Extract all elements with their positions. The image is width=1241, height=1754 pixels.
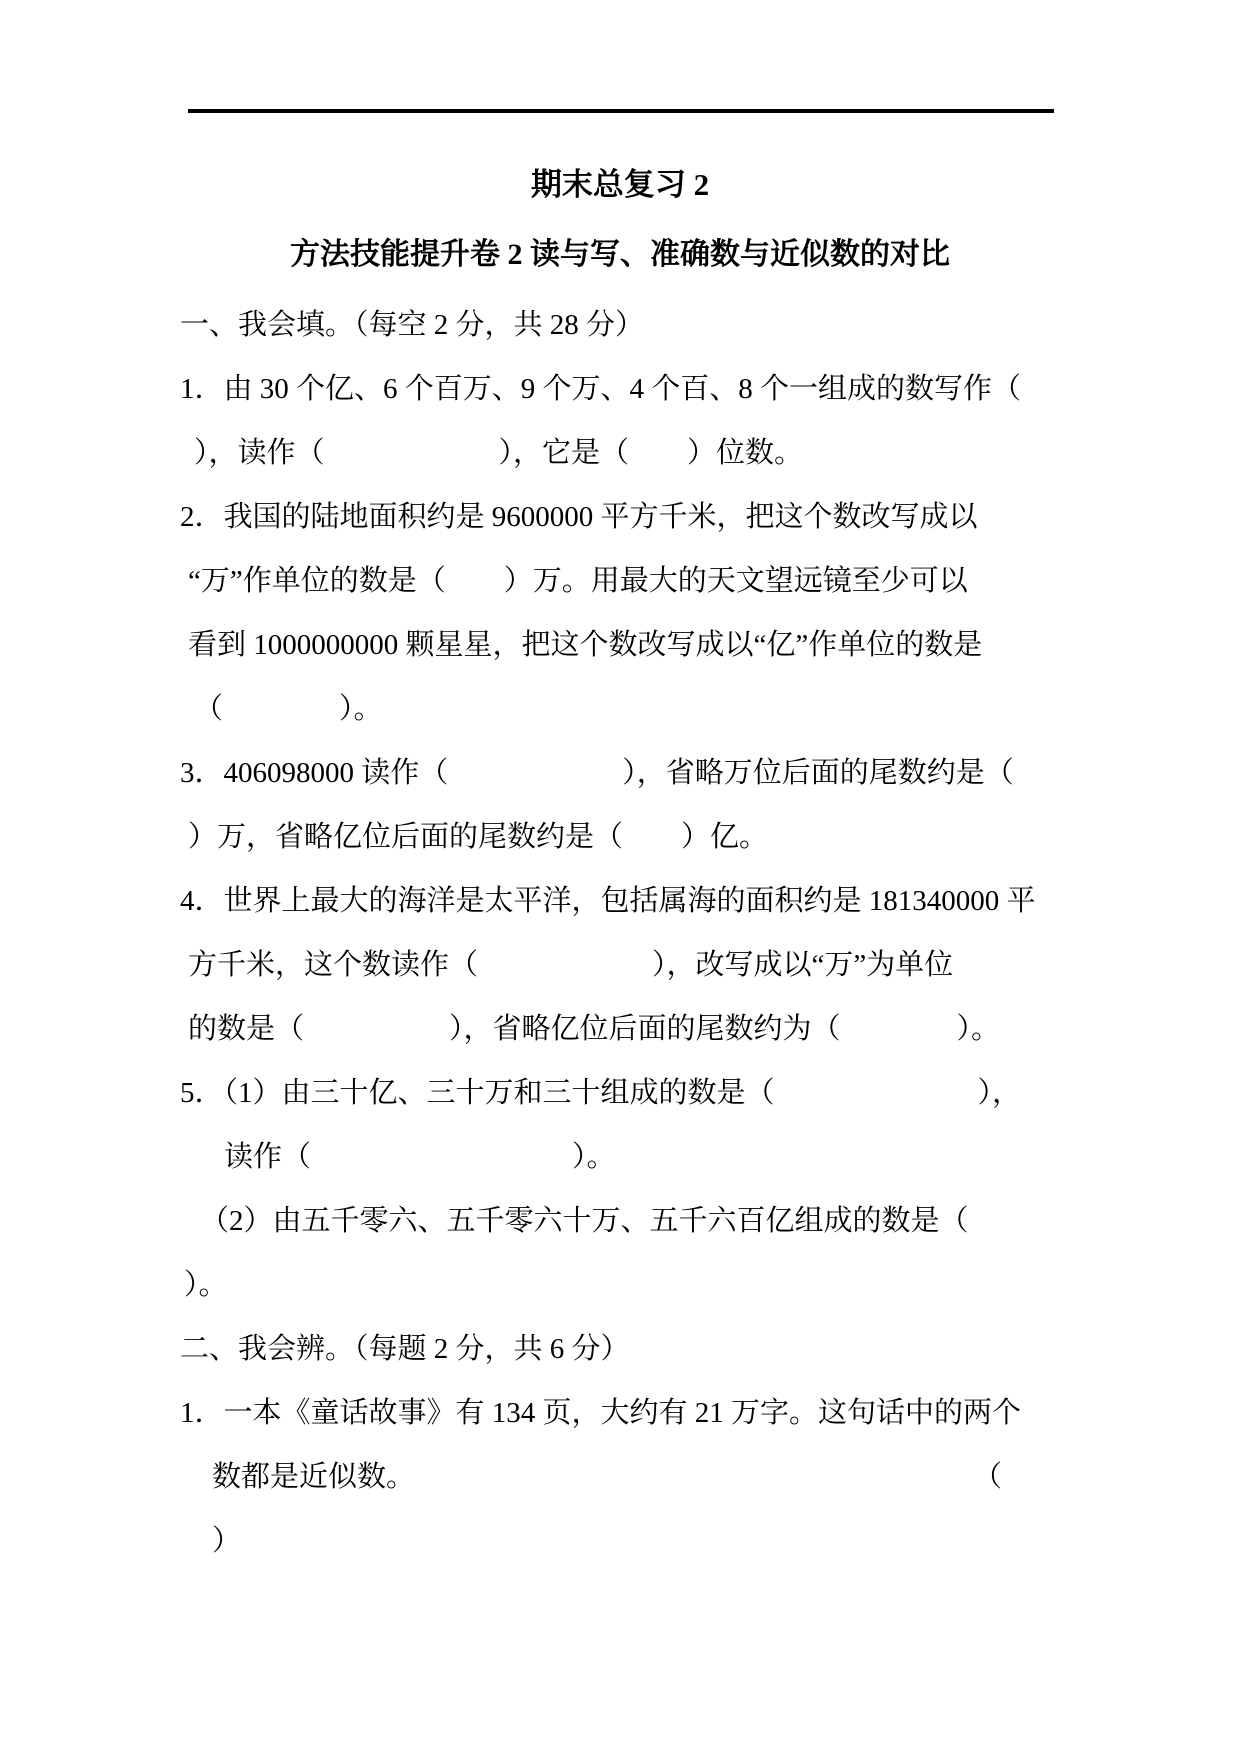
fill-q5-line3: （2）由五千零六、五千零六十万、五千六百亿组成的数是（: [200, 1189, 1060, 1253]
page-subtitle: 方法技能提升卷 2 读与写、准确数与近似数的对比: [180, 217, 1060, 293]
section-judge-heading: 二、我会辨。（每题 2 分，共 6 分）: [180, 1317, 1060, 1381]
fill-q2-line2: “万”作单位的数是（ ）万。用最大的天文望远镜至少可以: [188, 549, 1060, 613]
fill-q5-line2: 读作（ ）。: [224, 1125, 1060, 1189]
page-title: 期末总复习 2: [180, 153, 1060, 217]
worksheet-content: 期末总复习 2 方法技能提升卷 2 读与写、准确数与近似数的对比 一、我会填。（…: [180, 153, 1060, 1573]
judge-q1-answer-paren-open: （: [973, 1445, 1002, 1509]
fill-q2-line3: 看到 1000000000 颗星星，把这个数改写成以“亿”作单位的数是: [188, 613, 1060, 677]
section-fill-heading: 一、我会填。（每空 2 分，共 28 分）: [180, 293, 1060, 357]
worksheet-page: 期末总复习 2 方法技能提升卷 2 读与写、准确数与近似数的对比 一、我会填。（…: [0, 0, 1241, 1754]
fill-q5-line4: ）。: [184, 1253, 1060, 1317]
fill-q4-line3: 的数是（ ），省略亿位后面的尾数约为（ ）。: [188, 997, 1060, 1061]
judge-q1-line1: 1．一本《童话故事》有 134 页，大约有 21 万字。这句话中的两个: [180, 1381, 1060, 1445]
judge-q1-line2: 数都是近似数。 （: [212, 1445, 1060, 1509]
judge-q1-answer-paren-close: ）: [212, 1509, 1060, 1573]
fill-q5-line1: 5．（1）由三十亿、三十万和三十组成的数是（ ），: [180, 1061, 1060, 1125]
fill-q1-line2: ），读作（ ），它是（ ）位数。: [194, 421, 1060, 485]
fill-q3-line1: 3．406098000 读作（ ），省略万位后面的尾数约是（: [180, 741, 1060, 805]
fill-q4-line1: 4．世界上最大的海洋是太平洋，包括属海的面积约是 181340000 平: [180, 869, 1060, 933]
fill-q3-line2: ）万，省略亿位后面的尾数约是（ ）亿。: [188, 805, 1060, 869]
fill-q2-line4: （ ）。: [194, 677, 1060, 741]
judge-q1-line2-text: 数都是近似数。: [212, 1445, 415, 1509]
fill-q1-line1: 1．由 30 个亿、6 个百万、9 个万、4 个百、8 个一组成的数写作（: [180, 357, 1060, 421]
header-rule: [188, 109, 1054, 113]
fill-q2-line1: 2．我国的陆地面积约是 9600000 平方千米，把这个数改写成以: [180, 485, 1060, 549]
fill-q4-line2: 方千米，这个数读作（ ），改写成以“万”为单位: [188, 933, 1060, 997]
